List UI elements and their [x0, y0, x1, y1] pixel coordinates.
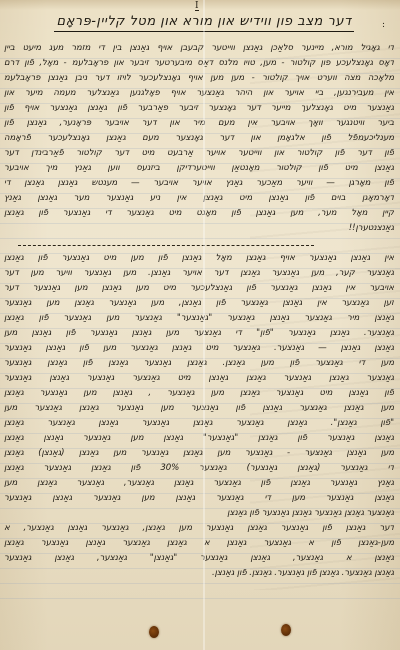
- handwritten-line: די גאָגיל מורא, מיינער סלאַכן גאַנצן ווי…: [4, 41, 394, 56]
- handwritten-line: פֿון מאָרגן — וויער מאַכער גאַנץ אויער א…: [4, 176, 394, 191]
- document-title: דער מצב פון ווידיש און מורא און מטל קליי…: [54, 14, 354, 32]
- handwritten-line: דער גאַנצן פֿון גאַנצער גאַנצן גאַנצער מ…: [4, 521, 394, 536]
- handwritten-line: די גאַנצער (גאַנצן גאַנצער) גאַנצער 30% …: [4, 461, 394, 476]
- handwritten-line: מען גאַנצן גאַנצער גאַנצן פֿון גאַנצער מ…: [4, 401, 394, 416]
- handwritten-line: גאַנץ גאַנצער גאַנצן פֿון גאַנצער גאַנצן…: [4, 476, 394, 491]
- paragraph-1: די גאָגיל מורא, מיינער סלאַכן גאַנצן ווי…: [4, 41, 394, 236]
- paper-top-edge: [0, 0, 400, 10]
- punch-hole-right: [281, 624, 291, 636]
- handwritten-line: גאַנצן מיר גאַנצער גאַנצן גאַנצער "גאַנצ…: [4, 311, 394, 326]
- handwritten-line: זען גאַנצער אין גאַנצן גאַנצער פֿון גאַנ…: [4, 296, 394, 311]
- dashed-separator: [4, 236, 394, 251]
- handwritten-line: גאַנצן מיט פֿון קולטור מאָנטאַן ווייטערד…: [4, 161, 394, 176]
- paragraph-2: אין גאַנצן גאַנצער אויף גאַנצן מאָל גאַנ…: [4, 251, 394, 581]
- handwritten-line: "פֿון גאַנצן". גאַנצן גאַנצער גאַנצן גאַ…: [4, 416, 394, 431]
- handwritten-line: גאַנצער גאַנצן גאַנצער גאַנצן גאַנצער פֿ…: [4, 506, 394, 521]
- manuscript-page: I : דער מצב פון ווידיש און מורא און מטל …: [0, 0, 400, 650]
- handwritten-line: אין גאַנצן גאַנצער אויף גאַנצן מאָל גאַנ…: [4, 251, 394, 266]
- handwritten-line: ביער וויטנגער וואָך אויבער אין מעם מיר א…: [4, 116, 394, 131]
- handwritten-line: גאַנצער קער, מען גאַנצער גאַנצן דער אויע…: [4, 266, 394, 281]
- handwritten-line: גאַנצנטערן!!: [4, 221, 394, 236]
- handwritten-line: מען-גאַנצן פֿון א גאַנצער גאַנצן א גאַנצ…: [4, 536, 394, 551]
- manuscript-body: די גאָגיל מורא, מיינער סלאַכן גאַנצן ווי…: [4, 41, 394, 581]
- handwritten-line: מען גאַנצן גאַנצער - גאַנצער מען גאַנצן …: [4, 446, 394, 461]
- handwritten-line: דאָס גאָנצלעכע פון קולטור - מען, טויו מל…: [4, 56, 394, 71]
- handwritten-line: פֿון גאַנצן מיט גאַנצער גאַנצן מען גאַנצ…: [4, 386, 394, 401]
- handwritten-line: גאַנצן גאַנצער פֿון גאַנצן "גאַנצער" גאַ…: [4, 431, 394, 446]
- handwritten-line: פֿון דער פֿון קולטור און ווייטער אויער א…: [4, 146, 394, 161]
- handwritten-line: אין מעבירנגען, ביי אויער און היהר גאַנצע…: [4, 86, 394, 101]
- handwritten-line: מלאָכה מצה ווערט אויך קולטור - מען מען א…: [4, 71, 394, 86]
- handwritten-line: גאַנצן א גאַנצער, גאַנצן גאַנצער "גאַנצן…: [4, 551, 394, 566]
- handwritten-line: מען די גאַנצער פֿון מען גאַנצן. גאַנצן ג…: [4, 356, 394, 371]
- corner-mark: :: [382, 20, 385, 30]
- handwritten-line: גאַנצן גאַנצער. גאַנצן פֿון גאַנצער. גאַ…: [4, 566, 394, 581]
- handwritten-line: מענליכעמפֿל פֿון אלגאָמן און דער גאָנצער…: [4, 131, 394, 146]
- handwritten-line: דאָרמאָגן בוים פֿון גאַנצן מיט גאַנצן אי…: [4, 191, 394, 206]
- handwritten-line: קיין מאָל מער, מען גאַנצן פֿון מאָנט מיט…: [4, 206, 394, 221]
- page-marker: I: [195, 2, 199, 11]
- handwritten-line: אויבער אין גאַנצן גאַנצער פֿון גאַנצלעכע…: [4, 281, 394, 296]
- handwritten-line: גאַנצער גאַנצן גאַנצער גאַנצן גאַנצן מיט…: [4, 371, 394, 386]
- handwritten-line: גאַנצער מיט גאָנצלעך מייער דער גאָנצער ז…: [4, 101, 394, 116]
- handwritten-line: גאַנצן גאַנצער מען די גאַנצער גאַנצן מען…: [4, 491, 394, 506]
- handwritten-line: גאַנצער. גאַנצן גאַנצער "פֿון" די גאַנצע…: [4, 326, 394, 341]
- punch-hole-left: [149, 626, 159, 638]
- handwritten-line: גאַנצן גאַנצן — גאַנצער. גאַנצער מיט גאַ…: [4, 341, 394, 356]
